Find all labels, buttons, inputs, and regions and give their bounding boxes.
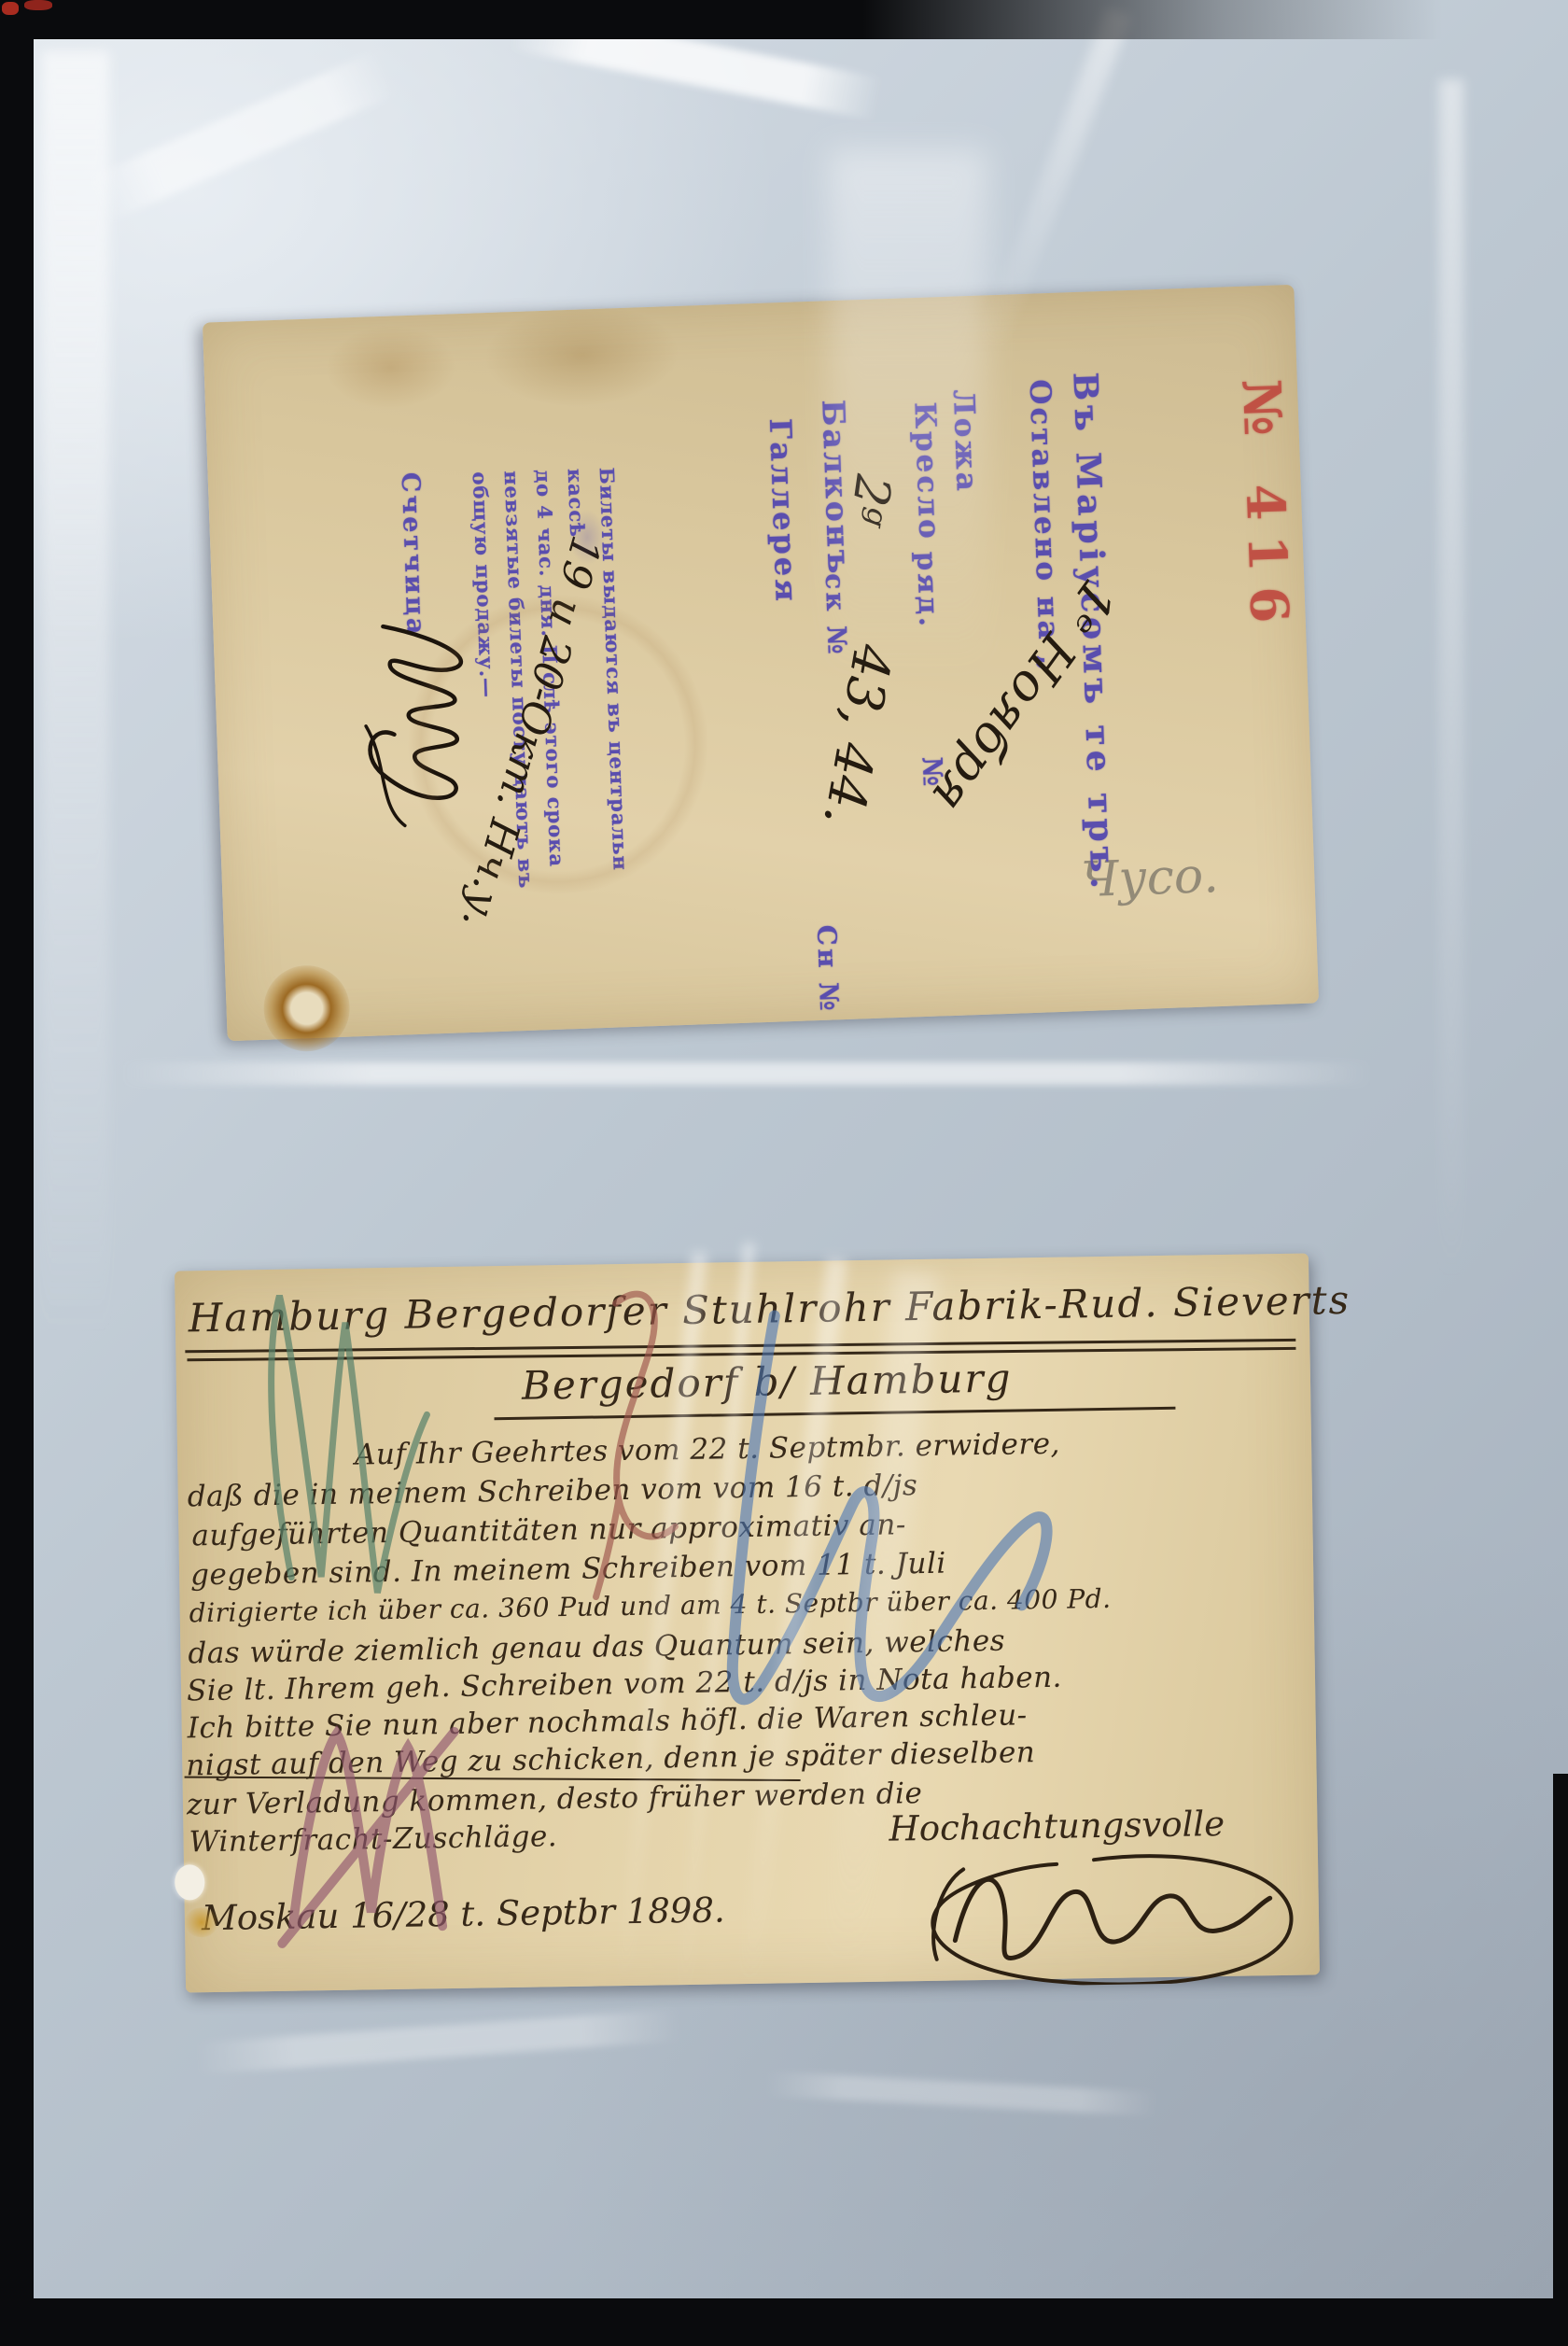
sleeve-highlight xyxy=(195,2009,681,2074)
handwritten-seat-numbers: 43, 44. xyxy=(811,639,903,830)
foxing-stain xyxy=(324,323,457,412)
stamp-gallery-label: Галлерея xyxy=(763,417,805,604)
body-line: zur Verladung kommen, desto früher werde… xyxy=(187,1777,923,1821)
red-number-stamp: № 416 xyxy=(1230,378,1301,639)
sleeve-highlight xyxy=(765,2072,1158,2116)
page-edge-top xyxy=(0,0,1568,39)
page-edge-bottom xyxy=(0,2298,1568,2346)
body-line: dirigierte ich über ca. 360 Pud und am 4… xyxy=(189,1583,1112,1629)
stamp-clerk-label: Счетчица xyxy=(396,471,430,637)
closing-salutation: Hochachtungsvolle xyxy=(889,1804,1225,1849)
place-underline xyxy=(495,1407,1176,1420)
red-edge-mark xyxy=(24,0,52,10)
body-line: gegeben sind. In meinem Schreiben vom 11… xyxy=(190,1547,946,1593)
stamp-seat-label: Кресло xyxy=(907,401,945,541)
sleeve-highlight xyxy=(88,49,398,223)
red-edge-mark xyxy=(2,2,19,15)
company-header: Hamburg Bergedorfer Stuhlrohr Fabrik-Rud… xyxy=(188,1277,1351,1342)
dateline: Moskau 16/28 t. Septbr 1898. xyxy=(202,1889,725,1938)
sender-signature xyxy=(898,1842,1310,1988)
stamp-row-label: ряд. xyxy=(911,551,945,629)
sleeve-highlight xyxy=(42,51,109,1340)
handwritten-balcony-tier: 2ᵍ xyxy=(839,471,902,529)
stamp-loge-label: Ложа xyxy=(946,389,984,495)
stamp-row-number: № xyxy=(917,756,949,790)
german-postcard: Hamburg Bergedorfer Stuhlrohr Fabrik-Rud… xyxy=(175,1254,1320,1993)
stamp-gallery-seat-label: Сн № xyxy=(811,924,845,1014)
body-line: Winterfracht-Zuschläge. xyxy=(189,1819,557,1859)
page-edge-right xyxy=(1553,1774,1568,2346)
album-sleeve-photo: № 416 Чусо. Въ Маріусомъ те тръ. Оставле… xyxy=(0,0,1568,2346)
edge-hole xyxy=(175,1864,205,1900)
body-line: daß die in meinem Schreiben vom vom 16 t… xyxy=(188,1468,918,1513)
place-header: Bergedorf b/ Hamburg xyxy=(522,1356,1013,1409)
sleeve-pocket-seam xyxy=(121,1062,1372,1085)
sleeve-edge-highlight xyxy=(1439,79,1463,1284)
body-line: Auf Ihr Geehrtes vom 22 t. Septmbr. erwi… xyxy=(355,1427,1060,1472)
theatre-ticket-card: № 416 Чусо. Въ Маріусомъ те тръ. Оставле… xyxy=(203,285,1319,1041)
burn-stain xyxy=(262,964,351,1053)
foxing-stain xyxy=(483,301,682,410)
body-line: aufgeführten Quantitäten nur approximati… xyxy=(191,1508,906,1552)
page-edge-left xyxy=(0,0,34,2346)
